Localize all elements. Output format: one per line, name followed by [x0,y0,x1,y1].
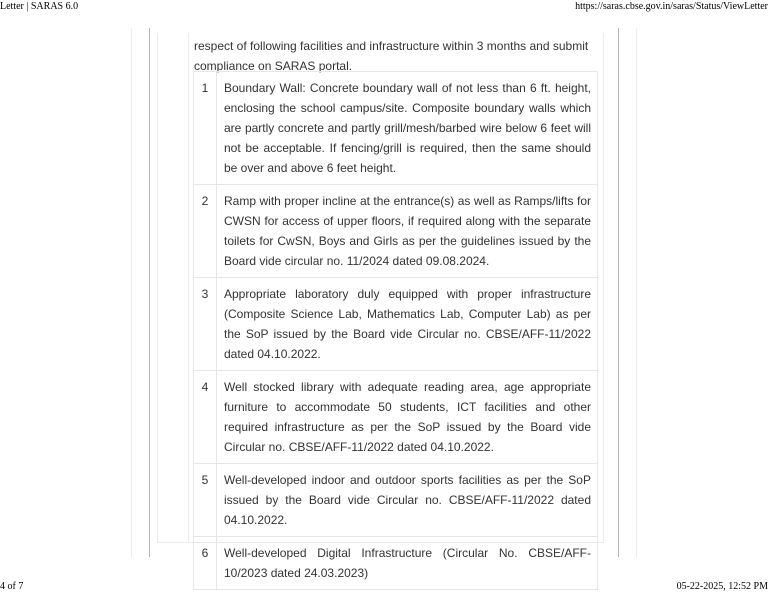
requirement-number: 3 [194,278,217,371]
letter-intro-text: respect of following facilities and infr… [194,36,594,76]
requirement-row: 3Appropriate laboratory duly equipped wi… [194,278,598,371]
requirement-row: 5Well-developed indoor and outdoor sport… [194,464,598,537]
print-footer: 4 of 7 05-22-2025, 12:52 PM [0,580,768,593]
requirement-number: 5 [194,464,217,537]
requirement-row: 4Well stocked library with adequate read… [194,371,598,464]
requirement-row: 1Boundary Wall: Concrete boundary wall o… [194,72,598,185]
requirement-number: 1 [194,72,217,185]
requirement-text: Ramp with proper incline at the entrance… [217,185,598,278]
print-datetime: 05-22-2025, 12:52 PM [677,581,768,592]
requirement-text: Boundary Wall: Concrete boundary wall of… [217,72,598,185]
page-number: 4 of 7 [0,581,23,592]
page-url: https://saras.cbse.gov.in/saras/Status/V… [575,1,768,12]
requirement-text: Well stocked library with adequate readi… [217,371,598,464]
print-header: Letter | SARAS 6.0 https://saras.cbse.go… [0,0,768,14]
requirement-text: Well-developed indoor and outdoor sports… [217,464,598,537]
requirement-text: Appropriate laboratory duly equipped wit… [217,278,598,371]
requirement-number: 2 [194,185,217,278]
requirements-table: 1Boundary Wall: Concrete boundary wall o… [193,71,598,590]
requirement-number: 4 [194,371,217,464]
frame-border [149,28,150,557]
frame-border [618,28,619,557]
column-divider [188,33,189,543]
frame-border [636,28,637,557]
page-title: Letter | SARAS 6.0 [0,1,78,12]
frame-border [131,28,132,557]
requirement-row: 2Ramp with proper incline at the entranc… [194,185,598,278]
